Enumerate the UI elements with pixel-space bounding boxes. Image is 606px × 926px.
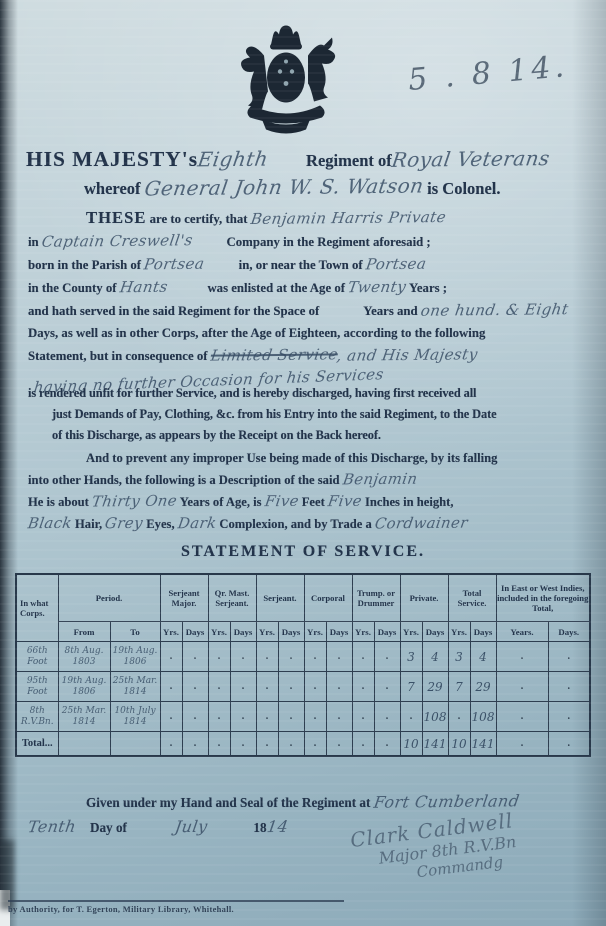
service-cell: . <box>208 672 230 702</box>
handwritten-text: 14 <box>265 815 290 839</box>
handwritten-text: Tenth <box>26 815 78 840</box>
text-line: in the County of Hantswas enlisted at th… <box>28 276 586 299</box>
printed-text: was enlisted at the Age of <box>207 281 348 295</box>
service-cell: . <box>182 732 208 757</box>
service-cell: 3 <box>400 642 422 672</box>
service-cell: . <box>230 672 256 702</box>
service-cell: . <box>208 732 230 757</box>
printed-text: is rendered unfit for further Service, a… <box>28 386 476 400</box>
royal-crest-icon <box>216 20 356 138</box>
col-header-indies-days: Days. <box>548 622 590 642</box>
service-cell: . <box>548 732 590 757</box>
col-header-rank: Corporal <box>304 574 352 622</box>
handwritten-text: Benjamin <box>341 469 419 491</box>
service-cell: 108 <box>470 702 496 732</box>
service-cell: . <box>548 702 590 732</box>
col-header-indies-years: Years. <box>496 622 548 642</box>
col-header-corps: In what Corps. <box>16 574 58 642</box>
printed-text: Hair, <box>72 517 105 531</box>
text-line: into other Hands, the following is a Des… <box>28 469 590 491</box>
handwritten-text: Portsea <box>143 253 207 276</box>
service-cell: . <box>304 702 326 732</box>
handwritten-text: Portsea <box>364 253 428 276</box>
printer-imprint: by Authority, for T. Egerton, Military L… <box>8 900 344 914</box>
col-header-yrs: Yrs. <box>304 622 326 642</box>
col-header-rank: Trump. or Drummer <box>352 574 400 622</box>
handwritten-text: General John W. S. Watson <box>142 173 425 202</box>
handwritten-text: one hund. & Eight <box>419 298 570 322</box>
from-cell: 19th Aug. 1806 <box>58 672 110 702</box>
regiment-heading: HIS MAJESTY's EighthRegiment ofRoyal Vet… <box>0 146 606 202</box>
printed-text: Given under my Hand and Seal of the Regi… <box>86 795 374 810</box>
service-cell: . <box>278 642 304 672</box>
description-paragraph: And to prevent any improper Use being ma… <box>28 448 590 535</box>
service-cell: 108 <box>422 702 448 732</box>
printed-text: is Colonel. <box>423 179 500 198</box>
printed-text: He is about <box>28 495 92 509</box>
text-line: just Demands of Pay, Clothing, &c. from … <box>52 404 590 425</box>
statement-of-service-table: In what Corps.Period.Serjeant Major.Qr. … <box>15 573 591 757</box>
service-cell: 7 <box>400 672 422 702</box>
service-cell: . <box>496 672 548 702</box>
printed-text: into other Hands, the following is a Des… <box>28 473 343 487</box>
printed-text: Statement, but in consequence of <box>28 349 211 363</box>
col-header-yrs: Yrs. <box>208 622 230 642</box>
service-cell: 141 <box>422 732 448 757</box>
handwritten-text: July <box>173 815 209 839</box>
printed-text: Inches in height, <box>362 495 454 509</box>
service-cell: . <box>496 732 548 757</box>
text-line: He is about Thirty One Years of Age, is … <box>28 491 590 513</box>
service-cell: 29 <box>470 672 496 702</box>
service-cell: . <box>374 642 400 672</box>
text-line: THESE are to certify, that Benjamin Harr… <box>86 207 586 230</box>
handwritten-text: Benjamin Harris Private <box>249 206 448 230</box>
service-cell: . <box>352 672 374 702</box>
col-header-yrs: Yrs. <box>400 622 422 642</box>
service-cell: 10 <box>400 732 422 757</box>
service-cell: . <box>326 672 352 702</box>
service-cell: . <box>208 642 230 672</box>
text-line: whereof General John W. S. Watson is Col… <box>84 174 580 202</box>
printed-text: Company in the Regiment aforesaid ; <box>227 235 431 249</box>
col-header-days: Days <box>278 622 304 642</box>
service-cell: . <box>230 732 256 757</box>
col-header-rank: Private. <box>400 574 448 622</box>
text-line: Given under my Hand and Seal of the Regi… <box>86 790 590 815</box>
printed-text: in the County of <box>28 281 120 295</box>
handwritten-text: Dark <box>176 513 218 534</box>
service-cell: . <box>352 732 374 757</box>
service-cell: 3 <box>448 642 470 672</box>
printed-text: Years of Age, is <box>177 495 265 509</box>
service-table-head: In what Corps.Period.Serjeant Major.Qr. … <box>16 574 590 642</box>
printed-text: of this Discharge, as appears by the Rec… <box>52 428 381 442</box>
service-cell: . <box>448 702 470 732</box>
service-cell: . <box>496 642 548 672</box>
printed-text: Day of <box>90 820 127 835</box>
text-line: born in the Parish of Portseain, or near… <box>28 253 586 276</box>
printed-text: and hath served in the said Regiment for… <box>28 304 319 318</box>
printed-text: 18 <box>253 820 266 835</box>
service-cell: . <box>304 672 326 702</box>
col-header-days: Days <box>230 622 256 642</box>
service-cell: . <box>326 642 352 672</box>
service-table-body: 66th Foot8th Aug. 180319th Aug. 1806....… <box>16 642 590 757</box>
col-header-days: Days <box>326 622 352 642</box>
service-cell: . <box>496 702 548 732</box>
to-cell: 19th Aug. 1806 <box>110 642 160 672</box>
to-cell <box>110 732 160 757</box>
service-cell: . <box>256 672 278 702</box>
handwritten-text: Black <box>26 513 73 534</box>
printed-text: And to prevent any improper Use being ma… <box>86 451 497 465</box>
handwritten-text: Twenty <box>347 276 408 299</box>
service-row: 8th R.V.Bn.25th Mar. 181410th July 1814.… <box>16 702 590 732</box>
col-header-yrs: Yrs. <box>352 622 374 642</box>
printed-text: Feet <box>299 495 328 509</box>
service-cell: 4 <box>470 642 496 672</box>
service-cell: . <box>230 642 256 672</box>
service-cell: . <box>374 732 400 757</box>
handwritten-struck-text: Limited Service <box>209 343 339 366</box>
service-total-row: Total.............1014110141.. <box>16 732 590 757</box>
service-cell: . <box>278 732 304 757</box>
service-cell: . <box>182 672 208 702</box>
service-cell: . <box>548 642 590 672</box>
text-line: in Captain Creswell'sCompany in the Regi… <box>28 230 586 253</box>
service-cell: . <box>256 642 278 672</box>
from-cell: 25th Mar. 1814 <box>58 702 110 732</box>
service-cell: . <box>278 702 304 732</box>
printed-text: Days, as well as in other Corps, after t… <box>28 326 485 340</box>
service-cell: . <box>182 702 208 732</box>
col-header-indies: In East or West Indies, included in the … <box>496 574 590 622</box>
col-header-days: Days <box>422 622 448 642</box>
printed-text: in <box>28 235 42 249</box>
printed-text: born in the Parish of <box>28 258 144 272</box>
text-line: Black Hair, Grey Eyes, Dark Complexion, … <box>28 513 590 535</box>
text-line: And to prevent any improper Use being ma… <box>86 448 590 469</box>
service-cell: . <box>548 672 590 702</box>
docket-number: 5 . 8 14. <box>407 49 569 98</box>
service-cell: . <box>256 732 278 757</box>
text-line: Days, as well as in other Corps, after t… <box>28 322 586 344</box>
service-cell: . <box>326 702 352 732</box>
handwritten-text: Cordwainer <box>373 513 469 535</box>
total-label-cell: Total... <box>16 732 58 757</box>
col-header-yrs: Yrs. <box>256 622 278 642</box>
col-header-days: Days <box>470 622 496 642</box>
handwritten-text: Thirty One <box>90 491 178 513</box>
printed-text: are to certify, that <box>146 212 250 226</box>
service-cell: . <box>326 732 352 757</box>
printed-text: just Demands of Pay, Clothing, &c. from … <box>52 407 497 421</box>
printed-text: THESE <box>86 208 146 227</box>
from-cell <box>58 732 110 757</box>
printed-text: Complexion, and by Trade a <box>216 517 375 531</box>
certify-paragraph: THESE are to certify, that Benjamin Harr… <box>28 207 586 390</box>
corps-cell: 95th Foot <box>16 672 58 702</box>
col-header-days: Days <box>182 622 208 642</box>
corps-cell: 66th Foot <box>16 642 58 672</box>
service-cell: . <box>230 702 256 732</box>
handwritten-text: Captain Creswell's <box>40 229 194 253</box>
service-cell: 4 <box>422 642 448 672</box>
service-cell: 7 <box>448 672 470 702</box>
col-header-from: From <box>58 622 110 642</box>
service-cell: . <box>374 702 400 732</box>
service-cell: 10 <box>448 732 470 757</box>
col-header-rank: Qr. Mast. Serjeant. <box>208 574 256 622</box>
handwritten-text: Five <box>263 491 300 512</box>
text-line: and hath served in the said Regiment for… <box>28 299 586 322</box>
col-header-yrs: Yrs. <box>160 622 182 642</box>
printed-text: Years and <box>363 304 421 318</box>
to-cell: 10th July 1814 <box>110 702 160 732</box>
service-cell: . <box>160 702 182 732</box>
service-cell: . <box>304 642 326 672</box>
col-header-period: Period. <box>58 574 160 622</box>
service-cell: . <box>160 672 182 702</box>
service-table-title: STATEMENT OF SERVICE. <box>0 543 606 561</box>
col-header-yrs: Yrs. <box>448 622 470 642</box>
service-cell: . <box>160 732 182 757</box>
service-cell: 141 <box>470 732 496 757</box>
service-cell: . <box>160 642 182 672</box>
text-line: of this Discharge, as appears by the Rec… <box>52 425 590 446</box>
handwritten-text: Royal Veterans <box>390 145 552 173</box>
service-cell: . <box>352 702 374 732</box>
service-cell: 29 <box>422 672 448 702</box>
col-header-to: To <box>110 622 160 642</box>
from-cell: 8th Aug. 1803 <box>58 642 110 672</box>
text-line: is rendered unfit for further Service, a… <box>28 383 590 404</box>
discharge-paragraph: is rendered unfit for further Service, a… <box>28 383 590 446</box>
printed-text: Regiment of <box>306 151 392 170</box>
text-line: HIS MAJESTY's EighthRegiment ofRoyal Vet… <box>26 146 580 174</box>
printed-text: Years ; <box>406 281 447 295</box>
printed-text: HIS MAJESTY's <box>26 147 198 171</box>
printed-text: in, or near the Town of <box>239 258 366 272</box>
col-header-rank: Total Service. <box>448 574 496 622</box>
to-cell: 25th Mar. 1814 <box>110 672 160 702</box>
col-header-rank: Serjeant Major. <box>160 574 208 622</box>
service-cell: . <box>208 702 230 732</box>
corps-cell: 8th R.V.Bn. <box>16 702 58 732</box>
handwritten-text: Five <box>326 491 363 512</box>
service-row: 66th Foot8th Aug. 180319th Aug. 1806....… <box>16 642 590 672</box>
service-cell: . <box>278 672 304 702</box>
handwritten-text: Hants <box>118 276 169 298</box>
discharge-certificate-page: 5 . 8 14. HIS MAJESTY's EighthRegiment o… <box>0 0 606 926</box>
col-header-days: Days <box>374 622 400 642</box>
service-cell: . <box>374 672 400 702</box>
service-cell: . <box>352 642 374 672</box>
service-cell: . <box>182 642 208 672</box>
printed-text: Eyes, <box>143 517 178 531</box>
service-cell: . <box>256 702 278 732</box>
service-cell: . <box>304 732 326 757</box>
handwritten-text: Grey <box>104 513 145 534</box>
col-header-rank: Serjeant. <box>256 574 304 622</box>
handwritten-text: Eighth <box>196 146 270 173</box>
service-cell: . <box>400 702 422 732</box>
service-row: 95th Foot19th Aug. 180625th Mar. 1814...… <box>16 672 590 702</box>
printed-text: whereof <box>84 179 145 198</box>
